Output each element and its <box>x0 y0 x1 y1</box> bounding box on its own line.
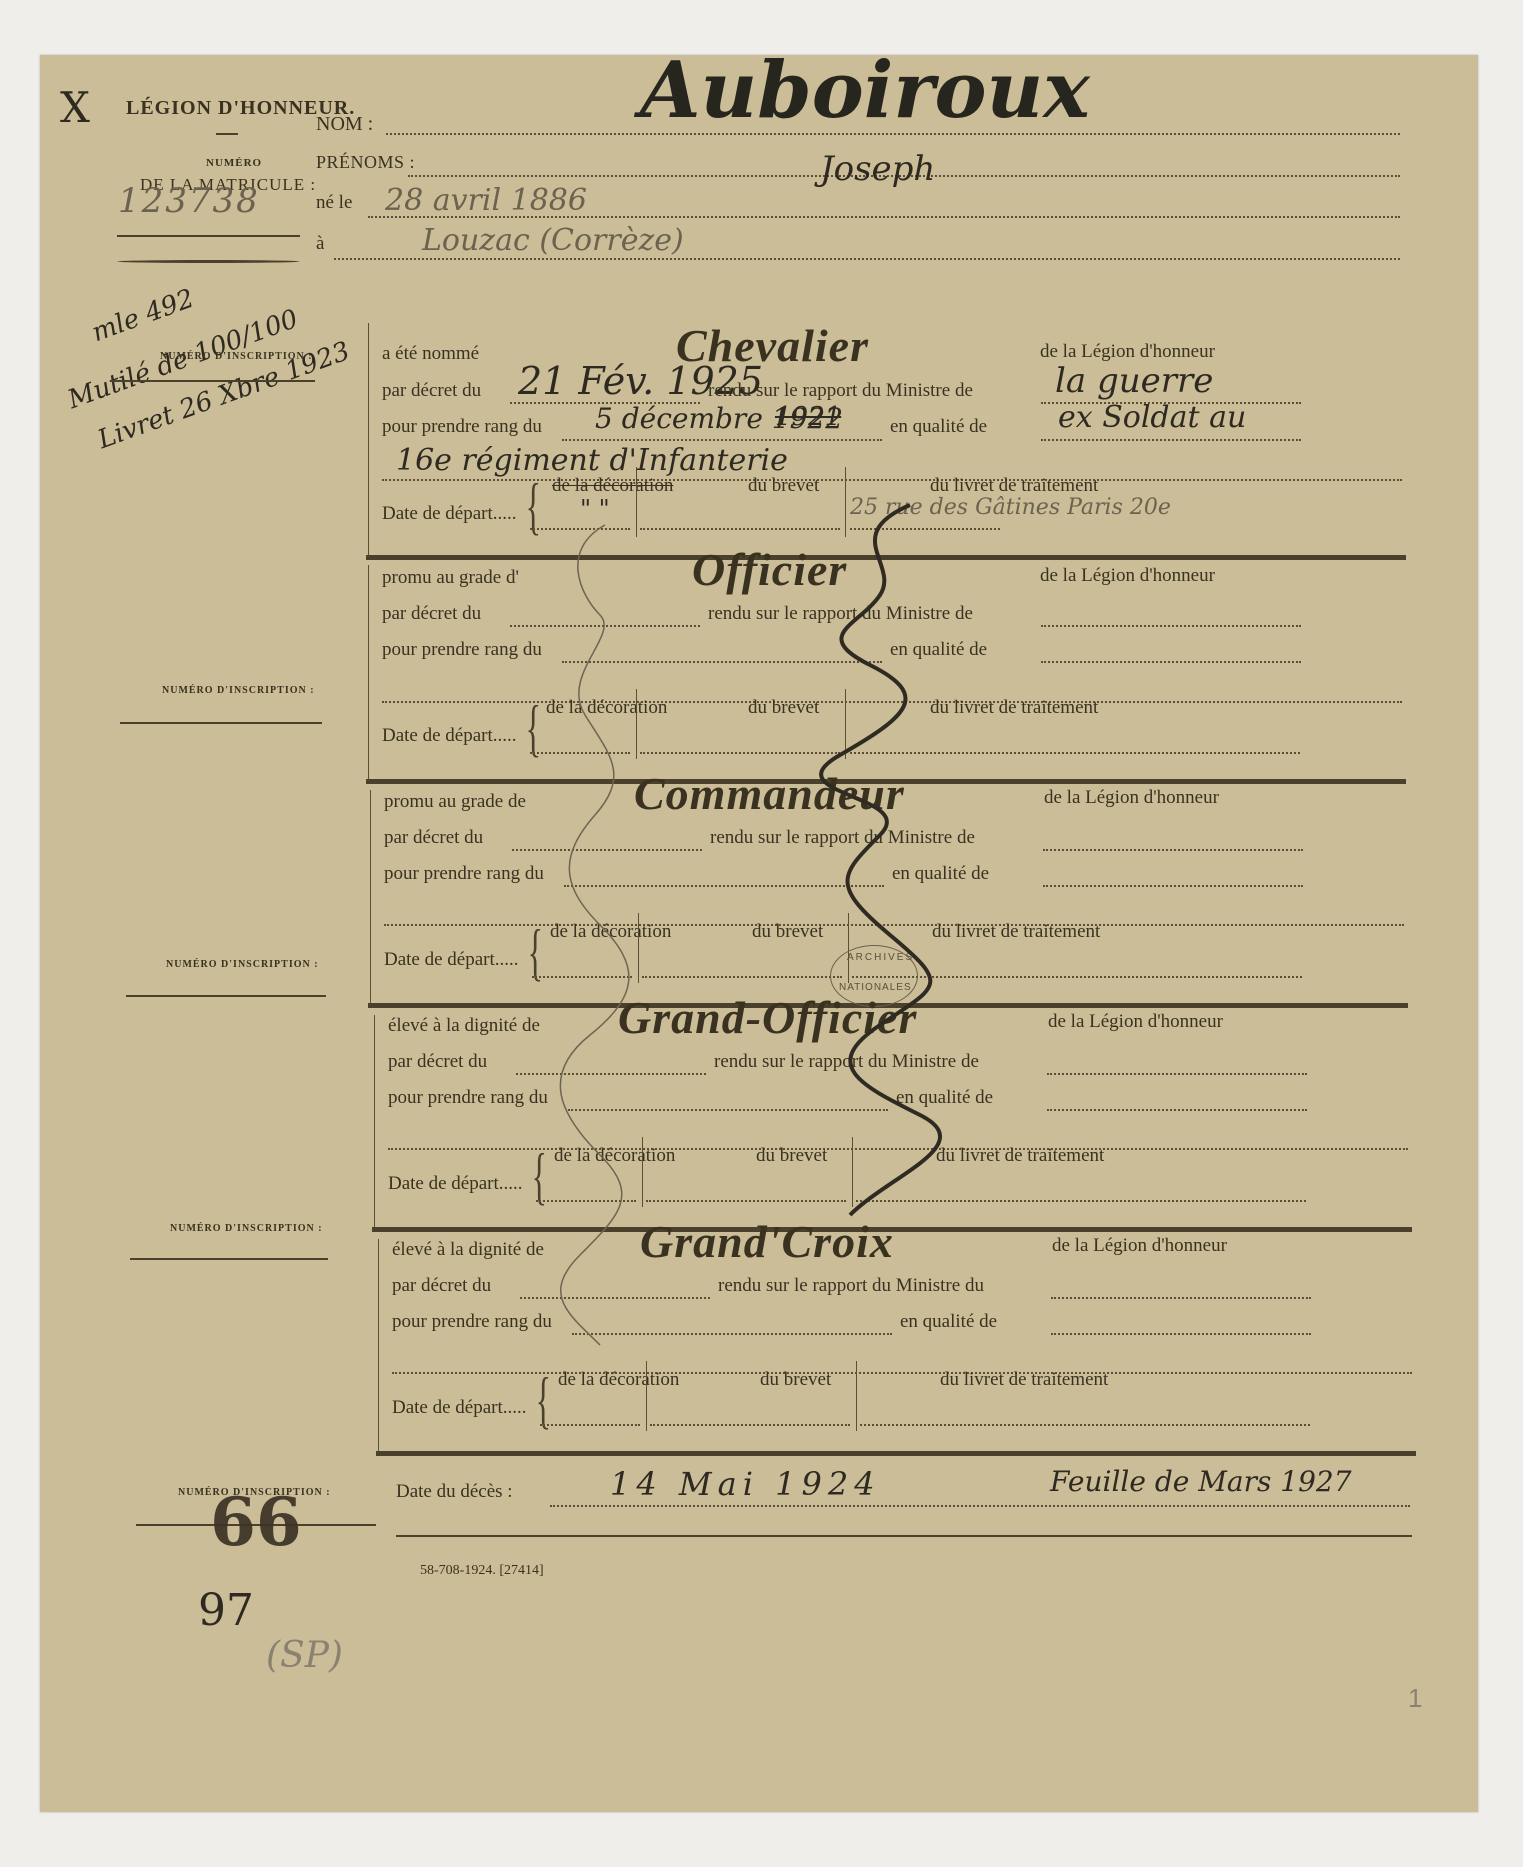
rapport-label: rendu sur le rapport du Ministre de <box>710 827 975 849</box>
grade-suffix: de la Légion d'honneur <box>1052 1235 1227 1257</box>
decoration-field-line <box>536 1200 636 1202</box>
col-livret-header: du livret de traitement <box>936 1145 1104 1167</box>
grade-suffix: de la Légion d'honneur <box>1048 1011 1223 1033</box>
col-brevet-header: du brevet <box>748 697 819 719</box>
nom-label: NOM : <box>316 113 373 136</box>
col-decoration-header: de la décoration <box>552 475 673 497</box>
ne-le-label: né le <box>316 192 352 214</box>
col-decoration-header: de la décoration <box>550 921 671 943</box>
inscription-line-2 <box>120 722 322 724</box>
grade-suffix: de la Légion d'honneur <box>1040 341 1215 363</box>
section-intro: élevé à la dignité de <box>392 1239 544 1261</box>
decoration-field-line <box>530 752 630 754</box>
col-divider <box>646 1361 647 1431</box>
rapport-label: rendu sur le rapport du Ministre de <box>708 603 973 625</box>
qualite-label: en qualité de <box>890 639 987 661</box>
deces-underline <box>396 1535 1412 1537</box>
col-brevet-header: du brevet <box>756 1145 827 1167</box>
title-divider <box>216 133 238 135</box>
decret-field-line <box>510 625 700 627</box>
qualite-label: en qualité de <box>892 863 989 885</box>
stamp-line-1: ARCHIVES <box>847 952 914 963</box>
matricule-flourish <box>117 260 300 263</box>
deces-note: Feuille de Mars 1927 <box>1050 1465 1352 1498</box>
section-left-rule <box>368 323 369 558</box>
col-decoration-header: de la décoration <box>554 1145 675 1167</box>
rang-struck-year: 1921 <box>775 402 841 432</box>
deces-field-line <box>550 1505 1410 1507</box>
grade-title: Commandeur <box>634 767 905 820</box>
section-intro: promu au grade d' <box>382 567 519 589</box>
lieu-label: à <box>316 233 324 255</box>
document-page: X LÉGION D'HONNEUR. NUMÉRO DE LA MATRICU… <box>40 55 1478 1812</box>
rang-label: pour prendre rang du <box>384 863 544 885</box>
inscription-line-4 <box>130 1258 328 1260</box>
printer-reference: 58-708-1924. [27414] <box>420 1563 544 1579</box>
col-livret-header: du livret de traitement <box>932 921 1100 943</box>
col-brevet-header: du brevet <box>752 921 823 943</box>
grade-suffix: de la Légion d'honneur <box>1040 565 1215 587</box>
qualite-field-line <box>1047 1109 1307 1111</box>
nom-value: Auboiroux <box>640 45 1090 136</box>
decret-field-line <box>516 1073 706 1075</box>
rang-label: pour prendre rang du <box>392 1311 552 1333</box>
rang-label: pour prendre rang du <box>382 639 542 661</box>
decret-label: par décret du <box>382 380 481 402</box>
col-divider <box>852 1137 853 1207</box>
col-divider <box>636 467 637 537</box>
corner-mark: X <box>60 83 90 132</box>
depart-brace: { <box>526 469 541 543</box>
decret-label: par décret du <box>382 603 481 625</box>
deces-value: 14 Mai 1924 <box>610 1465 881 1503</box>
col-divider <box>636 689 637 759</box>
grade-suffix: de la Légion d'honneur <box>1044 787 1219 809</box>
section-intro: promu au grade de <box>384 791 526 813</box>
col-divider <box>845 689 846 759</box>
col-divider <box>642 1137 643 1207</box>
col-livret-header: du livret de traitement <box>940 1369 1108 1391</box>
decoration-value: " " <box>580 495 610 523</box>
livret-field-line <box>852 976 1302 978</box>
depart-label: Date de départ..... <box>388 1173 523 1195</box>
handwritten-number: 97 <box>198 1585 254 1636</box>
ne-le-value: 28 avril 1886 <box>385 183 587 218</box>
section-intro: a été nommé <box>382 343 479 365</box>
inscription-label-3: NUMÉRO D'INSCRIPTION : <box>166 959 319 970</box>
lieu-value: Louzac (Corrèze) <box>422 223 684 258</box>
decret-field-line <box>520 1297 710 1299</box>
grade-title: Officier <box>692 543 847 596</box>
rapport-label: rendu sur le rapport du Ministre de <box>714 1051 979 1073</box>
qualite-field-line <box>1041 661 1301 663</box>
lieu-field-line <box>334 258 1400 260</box>
inscription-line-1 <box>110 380 315 382</box>
inscription-line-3 <box>126 995 326 997</box>
rang-label: pour prendre rang du <box>388 1087 548 1109</box>
rang-field-line <box>562 439 882 441</box>
livret-field-line <box>850 528 1000 530</box>
qualite-label: en qualité de <box>900 1311 997 1333</box>
depart-label: Date de départ..... <box>384 949 519 971</box>
col-brevet-header: du brevet <box>760 1369 831 1391</box>
inscription-label-4: NUMÉRO D'INSCRIPTION : <box>170 1223 323 1234</box>
qualite-value: ex Soldat au <box>1058 400 1246 435</box>
col-livret-header: du livret de traitement <box>930 475 1098 497</box>
qualite-field-line <box>1051 1333 1311 1335</box>
stamped-number: 66 <box>210 1483 302 1561</box>
livret-field-line <box>860 1424 1310 1426</box>
livret-field-line <box>856 1200 1306 1202</box>
numero-label: NUMÉRO <box>206 157 262 169</box>
col-divider <box>638 913 639 983</box>
rapport-field-line <box>1043 849 1303 851</box>
qualite-label: en qualité de <box>896 1087 993 1109</box>
qualite-field-line <box>1041 439 1301 441</box>
rang-field-line <box>568 1109 888 1111</box>
deces-label: Date du décès : <box>396 1481 513 1503</box>
matricule-value: 123738 <box>118 181 260 221</box>
decoration-field-line <box>532 976 632 978</box>
decret-label: par décret du <box>388 1051 487 1073</box>
section-left-rule <box>378 1239 379 1454</box>
qualite-label: en qualité de <box>890 416 987 438</box>
qualite-field-line <box>1043 885 1303 887</box>
rang-field-line <box>572 1333 892 1335</box>
col-divider <box>856 1361 857 1431</box>
brevet-field-line <box>640 528 840 530</box>
prenoms-label: PRÉNOMS : <box>316 152 415 173</box>
col-decoration-header: de la décoration <box>558 1369 679 1391</box>
section-left-rule <box>368 565 369 780</box>
depart-label: Date de départ..... <box>382 503 517 525</box>
col-decoration-header: de la décoration <box>546 697 667 719</box>
depart-label: Date de départ..... <box>392 1397 527 1419</box>
rapport-field-line <box>1051 1297 1311 1299</box>
rang-label: pour prendre rang du <box>382 416 542 438</box>
decret-field-line <box>512 849 702 851</box>
grade-title: Grand-Officier <box>618 991 917 1044</box>
col-livret-header: du livret de traitement <box>930 697 1098 719</box>
rang-field-line <box>562 661 882 663</box>
rapport-label: rendu sur le rapport du Ministre de <box>708 380 973 402</box>
brevet-field-line <box>642 976 842 978</box>
decret-label: par décret du <box>384 827 483 849</box>
decoration-field-line <box>530 528 630 530</box>
brevet-field-line <box>646 1200 846 1202</box>
decoration-field-line <box>540 1424 640 1426</box>
extra-line-value: 16e régiment d'Infanterie <box>396 443 788 478</box>
rang-field-line <box>564 885 884 887</box>
inscription-label-1: NUMÉRO D'INSCRIPTION : <box>160 351 313 362</box>
pencil-note: (SP) <box>266 1635 343 1676</box>
rapport-field-line <box>1047 1073 1307 1075</box>
rapport-value: la guerre <box>1055 361 1213 401</box>
margin-note-mle: mle 492 <box>88 284 198 349</box>
matricule-underline <box>117 235 300 237</box>
inscription-label-2: NUMÉRO D'INSCRIPTION : <box>162 685 315 696</box>
decret-label: par décret du <box>392 1275 491 1297</box>
section-separator <box>366 555 1406 560</box>
brevet-field-line <box>650 1424 850 1426</box>
section-separator <box>376 1451 1416 1456</box>
depart-label: Date de départ..... <box>382 725 517 747</box>
livret-field-line <box>850 752 1300 754</box>
livret-value: 25 rue des Gâtines Paris 20e <box>850 495 1171 520</box>
grade-title: Grand'Croix <box>640 1215 894 1268</box>
brevet-field-line <box>640 752 840 754</box>
section-left-rule <box>370 790 371 1005</box>
col-brevet-header: du brevet <box>748 475 819 497</box>
rapport-field-line <box>1041 625 1301 627</box>
rapport-label: rendu sur le rapport du Ministre du <box>718 1275 984 1297</box>
prenoms-value: Joseph <box>820 149 935 189</box>
col-divider <box>845 467 846 537</box>
section-intro: élevé à la dignité de <box>388 1015 540 1037</box>
page-mark: 1 <box>1408 1683 1422 1714</box>
section-left-rule <box>374 1015 375 1230</box>
